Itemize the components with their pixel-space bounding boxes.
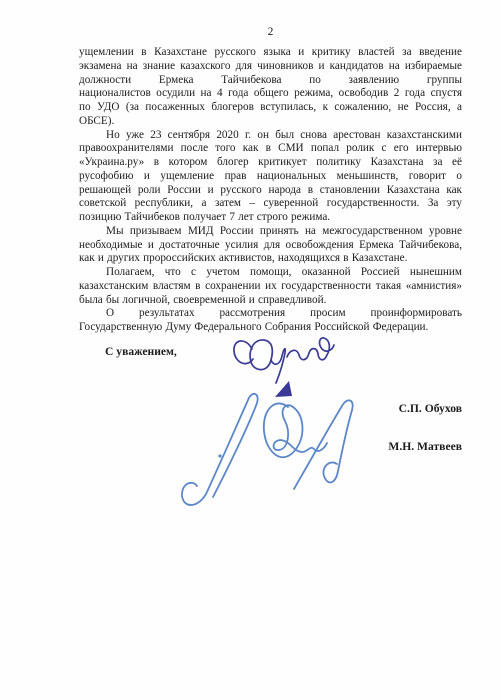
letter-page: 2 ущемлении в Казахстане русского языка … bbox=[0, 0, 501, 700]
text-line: как и других пророссийских активистов, н… bbox=[79, 252, 462, 266]
text-line: «Украина.ру» в котором блогер критикует … bbox=[79, 156, 462, 170]
text-line: казахстанским властям в сохранении их го… bbox=[79, 280, 462, 294]
text-line: по УДО (за посаженных блогеров вступилас… bbox=[79, 101, 462, 115]
text-line: Мы призываем МИД России принять на межго… bbox=[79, 225, 462, 239]
letter-body: ущемлении в Казахстане русского языка и … bbox=[79, 46, 462, 335]
text-line: советской республики, а затем – суверенн… bbox=[79, 197, 462, 211]
text-line: правоохранителями после того как в СМИ п… bbox=[79, 142, 462, 156]
text-line: Полагаем, что с учетом помощи, оказанной… bbox=[79, 266, 462, 280]
text-line: Государственную Думу Федерального Собран… bbox=[79, 321, 462, 335]
text-line: О результатах рассмотрения просим проинф… bbox=[79, 307, 462, 321]
text-line: ущемлении в Казахстане русского языка и … bbox=[79, 46, 462, 60]
text-line: необходимые и достаточные усилия для осв… bbox=[79, 239, 462, 253]
page-number: 2 bbox=[79, 26, 462, 39]
text-line: ОБСЕ). bbox=[79, 115, 462, 129]
text-line: позицию Тайчибеков получает 7 лет строго… bbox=[79, 211, 462, 225]
text-line: решающей роли России и русского народа в… bbox=[79, 184, 462, 198]
text-line: была бы логичной, своевременной и справе… bbox=[79, 294, 462, 308]
text-line: Но уже 23 сентября 2020 г. он был снова … bbox=[79, 129, 462, 143]
signer-name-matveev: М.Н. Матвеев bbox=[79, 440, 462, 453]
text-line: должности Ермека Тайчибекова по заявлени… bbox=[79, 74, 462, 88]
text-line: националистов осудили на 4 года общего р… bbox=[79, 87, 462, 101]
closing-salutation: С уважением, bbox=[105, 345, 177, 358]
text-line: экзамена на знание казахского для чиновн… bbox=[79, 60, 462, 74]
text-line: русофобию и ущемление прав национальных … bbox=[79, 170, 462, 184]
obukhov-signature-ink bbox=[234, 338, 334, 397]
signer-name-obukhov: С.П. Обухов bbox=[79, 402, 462, 415]
